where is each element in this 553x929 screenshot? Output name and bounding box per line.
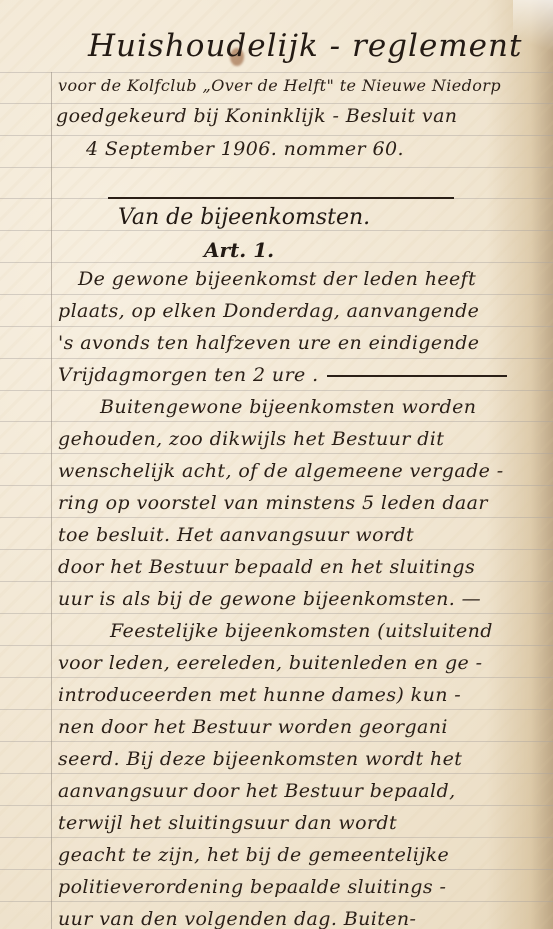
ruled-line xyxy=(0,741,553,742)
body-line: introduceerden met hunne dames) kun - xyxy=(58,684,543,706)
subtitle-line: goedgekeurd bij Koninklijk - Besluit van xyxy=(56,105,543,127)
body-line-text: Vrijdagmorgen ten 2 ure . xyxy=(58,364,319,386)
ruled-line xyxy=(0,167,553,168)
body-line: wenschelijk acht, of de algemeene vergad… xyxy=(58,460,543,482)
body-line: geacht te zijn, het bij de gemeentelijke xyxy=(58,844,543,866)
ruled-line xyxy=(0,709,553,710)
ruled-line xyxy=(0,103,553,104)
ruled-line xyxy=(0,517,553,518)
heading-divider xyxy=(108,197,454,199)
ruled-line xyxy=(0,326,553,327)
body-line: toe besluit. Het aanvangsuur wordt xyxy=(58,524,543,546)
ruled-line xyxy=(0,837,553,838)
body-line: seerd. Bij deze bijeenkomsten wordt het xyxy=(58,748,543,770)
body-line: door het Bestuur bepaald en het sluiting… xyxy=(58,556,543,578)
ruled-line xyxy=(0,485,553,486)
ruled-line xyxy=(0,805,553,806)
body-line: gehouden, zoo dikwijls het Bestuur dit xyxy=(58,428,543,450)
ruled-line xyxy=(0,581,553,582)
body-line: politieverordening bepaalde sluitings - xyxy=(58,876,543,898)
subtitle-line: voor de Kolfclub „Over de Helft" te Nieu… xyxy=(58,76,543,95)
body-line: ring op voorstel van minstens 5 leden da… xyxy=(58,492,543,514)
ruled-line xyxy=(0,773,553,774)
body-line: terwijl het sluitingsuur dan wordt xyxy=(58,812,543,834)
ruled-line xyxy=(0,390,553,391)
body-line: uur van den volgenden dag. Buiten- xyxy=(58,908,543,929)
ruled-line xyxy=(0,453,553,454)
ruled-line xyxy=(0,869,553,870)
body-line: Vrijdagmorgen ten 2 ure . xyxy=(58,364,543,386)
ruled-line xyxy=(0,358,553,359)
body-line: De gewone bijeenkomst der leden heeft xyxy=(78,268,543,290)
fill-stroke xyxy=(327,375,507,377)
ruled-line xyxy=(0,72,553,73)
ruled-line xyxy=(0,901,553,902)
body-line: Buitengewone bijeenkomsten worden xyxy=(100,396,543,418)
body-line: Feestelijke bijeenkomsten (uitsluitend xyxy=(110,620,543,642)
ruled-line xyxy=(0,294,553,295)
ruled-line xyxy=(0,421,553,422)
ruled-line xyxy=(0,230,553,231)
body-line: voor leden, eereleden, buitenleden en ge… xyxy=(58,652,543,674)
ruled-line xyxy=(0,613,553,614)
subtitle-line: 4 September 1906. nommer 60. xyxy=(86,138,543,160)
document-title: Huishoudelijk - reglement xyxy=(88,28,522,64)
margin-line xyxy=(51,72,52,929)
body-line: plaats, op elken Donderdag, aanvangende xyxy=(58,300,543,322)
ruled-line xyxy=(0,645,553,646)
ruled-line xyxy=(0,262,553,263)
article-heading: Art. 1. xyxy=(204,238,274,262)
body-line: uur is als bij de gewone bijeenkomsten. … xyxy=(58,588,543,610)
body-line: 's avonds ten halfzeven ure en eindigend… xyxy=(58,332,543,354)
body-line: aanvangsuur door het Bestuur bepaald, xyxy=(58,780,543,802)
ruled-line xyxy=(0,549,553,550)
manuscript-page: Huishoudelijk - reglement voor de Kolfcl… xyxy=(0,0,553,929)
body-line: nen door het Bestuur worden georgani xyxy=(58,716,543,738)
ruled-line xyxy=(0,677,553,678)
ruled-line xyxy=(0,135,553,136)
section-heading: Van de bijeenkomsten. xyxy=(118,205,370,230)
